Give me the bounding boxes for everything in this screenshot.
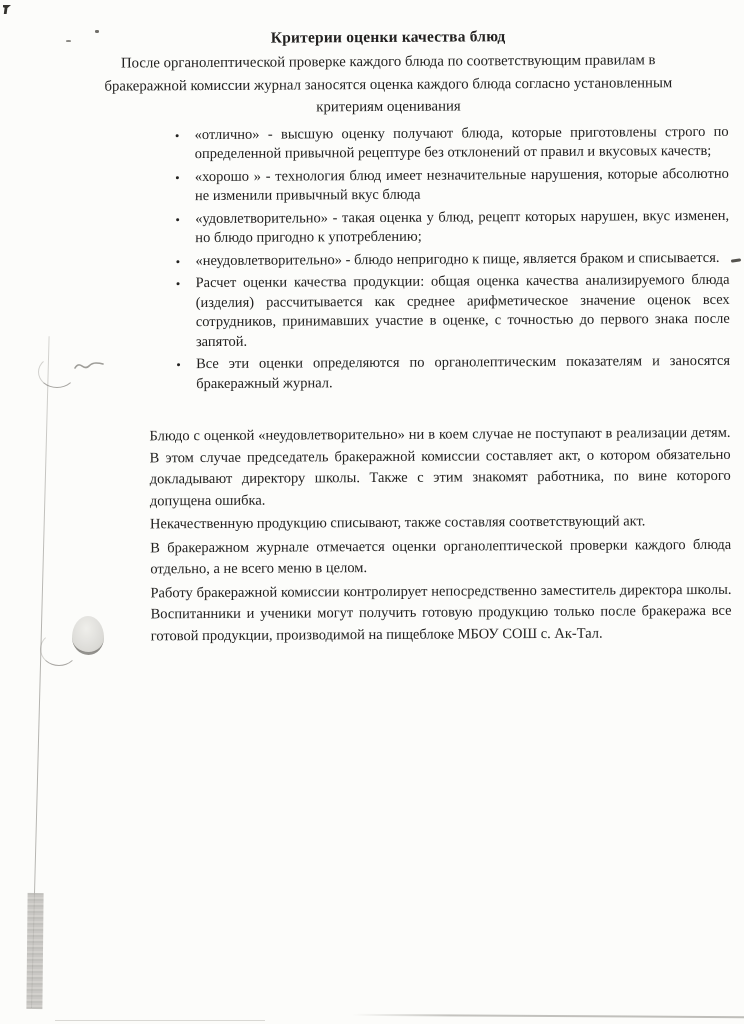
criteria-item: «отлично» - высшую оценку получают блюда… [189,122,729,164]
scan-corner-mark [3,5,11,14]
intro-paragraph: После органолептической проверке каждого… [84,49,692,120]
criteria-item: Все эти оценки определяются по органолеп… [190,352,730,394]
document-title: Критерии оценки качества блюд [84,26,692,50]
criteria-item: «хорошо » - технология блюд имеет незнач… [189,164,729,206]
body-paragraph: Некачественную продукцию списывают, такж… [150,511,731,536]
body-paragraph: Работу бракеражной комиссии контролирует… [150,579,731,647]
criteria-item: Расчет оценки качества продукции: общая … [190,271,730,352]
criteria-item: «неудовлетворительно» - блюдо непригодно… [189,248,729,271]
scan-bottom-line [55,1020,265,1021]
scanned-page: Критерии оценки качества блюд После орга… [0,0,744,1024]
scanner-edge-strip [26,893,43,1009]
body-paragraphs: Блюдо с оценкой «неудовлетворительно» ни… [149,423,731,648]
scan-bottom-line [352,1014,744,1018]
criteria-item: «удовлетворительно» - такая оценка у блю… [189,206,729,248]
criteria-list: «отлично» - высшую оценку получают блюда… [1,122,731,395]
body-paragraph: Блюдо с оценкой «неудовлетворительно» ни… [149,423,731,513]
document-body: Критерии оценки качества блюд После орга… [0,26,744,649]
body-paragraph: В бракеражном журнале отмечается оценки … [150,534,731,581]
